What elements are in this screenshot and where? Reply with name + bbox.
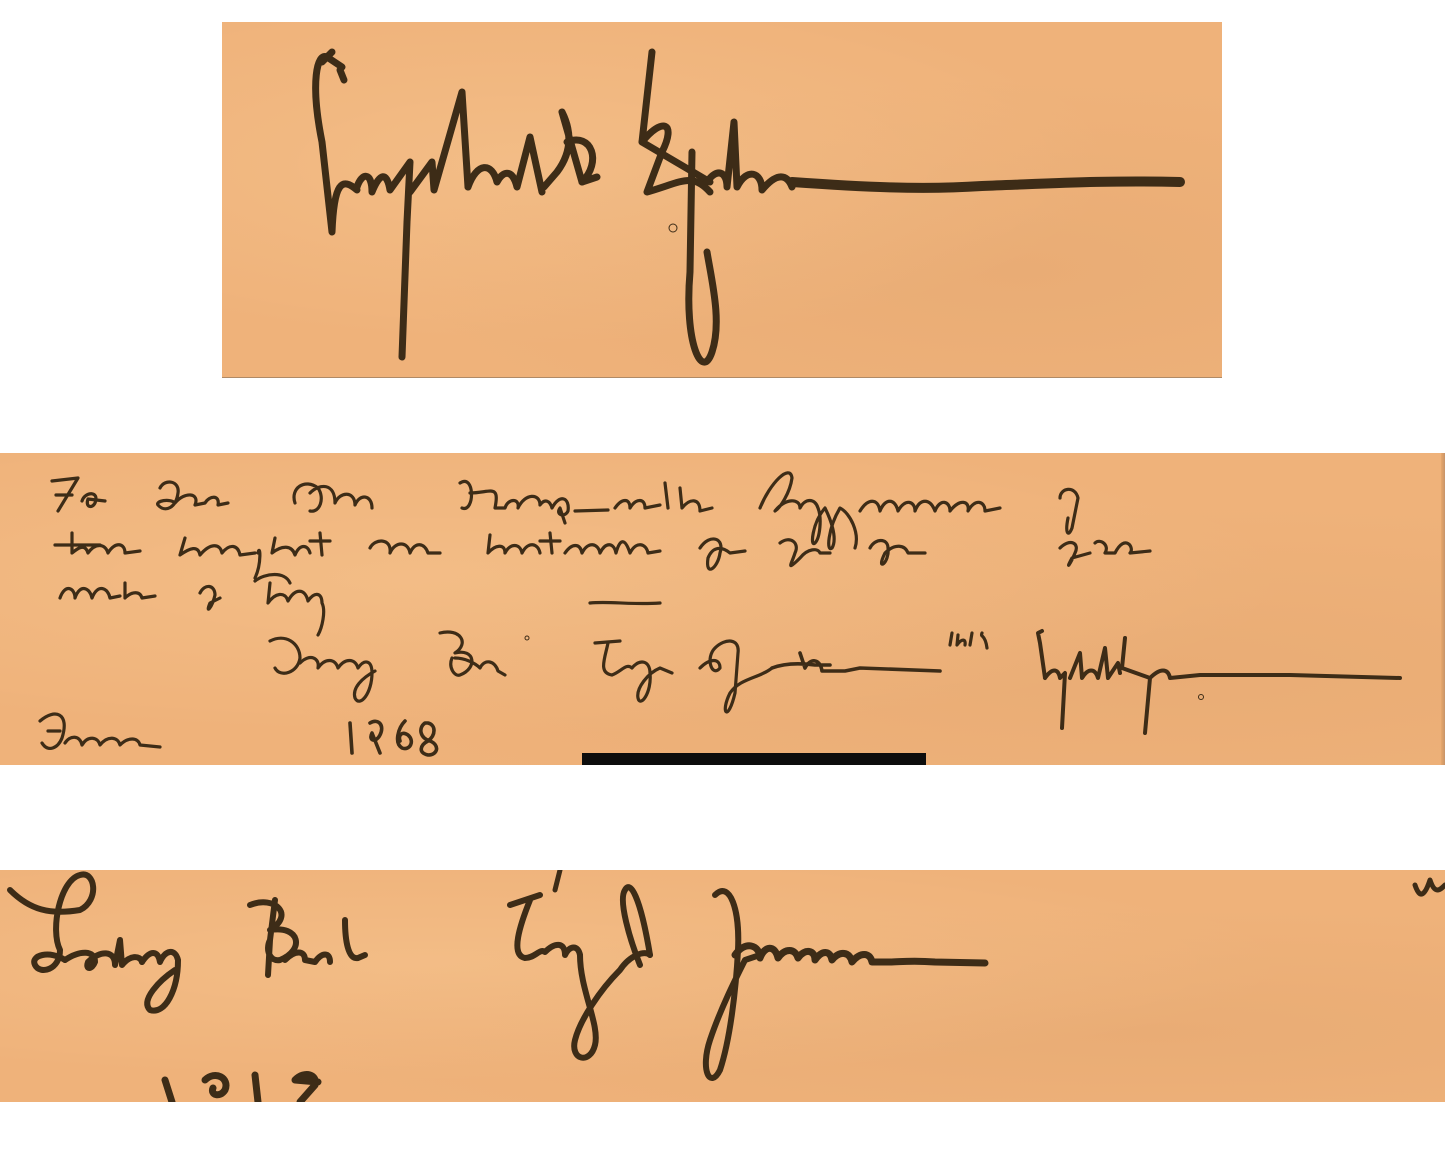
enlarged-lady-bird-signature-card: Lady Bird Taylor Johnson 1968 bbox=[0, 870, 1445, 1102]
lbj-signature-card: Lyndon B. Johnson bbox=[222, 22, 1222, 377]
redaction-bar bbox=[582, 753, 926, 765]
lbj-signature-ink bbox=[222, 22, 1222, 377]
inscription-ink bbox=[0, 453, 1445, 765]
enlarged-signature-ink bbox=[0, 870, 1445, 1102]
inscription-card: For Ida Mae Heard, — with happy memories… bbox=[0, 453, 1445, 765]
